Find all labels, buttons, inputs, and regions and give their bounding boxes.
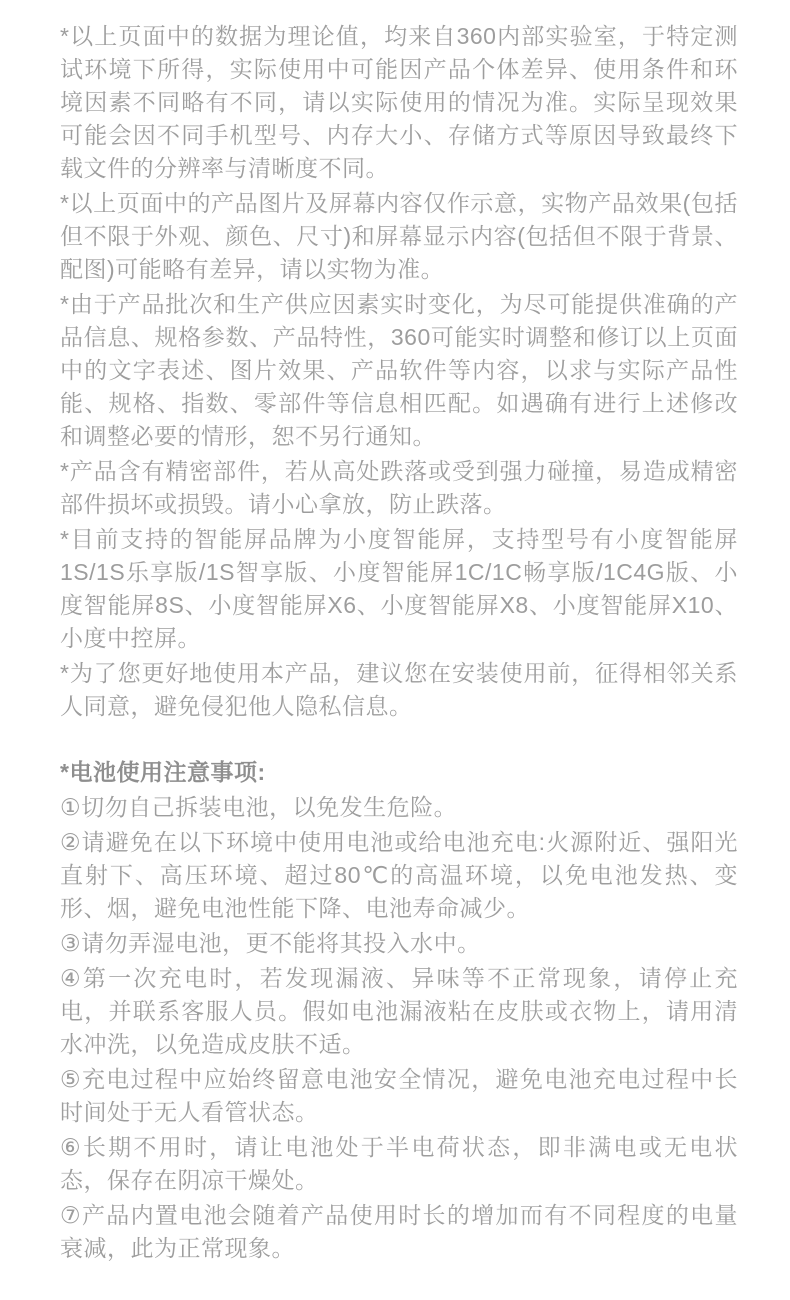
- disclaimer-paragraph: *以上页面中的产品图片及屏幕内容仅作示意，实物产品效果(包括但不限于外观、颜色、…: [60, 187, 738, 286]
- battery-note-item: ①切勿自己拆装电池，以免发生危险。: [60, 791, 738, 824]
- battery-note-item: ④第一次充电时，若发现漏液、异味等不正常现象，请停止充电，并联系客服人员。假如电…: [60, 962, 738, 1061]
- product-disclaimer-page: *以上页面中的数据为理论值，均来自360内部实验室，于特定测试环境下所得，实际使…: [0, 0, 790, 1300]
- disclaimer-paragraph: *产品含有精密部件，若从高处跌落或受到强力碰撞，易造成精密部件损坏或损毁。请小心…: [60, 455, 738, 521]
- battery-note-item: ②请避免在以下环境中使用电池或给电池充电:火源附近、强阳光直射下、高压环境、超过…: [60, 826, 738, 925]
- battery-note-item: ⑤充电过程中应始终留意电池安全情况，避免电池充电过程中长时间处于无人看管状态。: [60, 1063, 738, 1129]
- battery-note-item: ⑥长期不用时，请让电池处于半电荷状态，即非满电或无电状态，保存在阴凉干燥处。: [60, 1131, 738, 1197]
- battery-notes-heading: *电池使用注意事项:: [60, 756, 738, 789]
- disclaimer-paragraph: *为了您更好地使用本产品，建议您在安装使用前，征得相邻关系人同意，避免侵犯他人隐…: [60, 657, 738, 723]
- battery-note-item: ⑦产品内置电池会随着产品使用时长的增加而有不同程度的电量衰减，此为正常现象。: [60, 1199, 738, 1265]
- battery-note-item: ③请勿弄湿电池，更不能将其投入水中。: [60, 927, 738, 960]
- disclaimer-paragraph: *目前支持的智能屏品牌为小度智能屏，支持型号有小度智能屏1S/1S乐享版/1S智…: [60, 523, 738, 655]
- disclaimer-paragraph: *由于产品批次和生产供应因素实时变化，为尽可能提供准确的产品信息、规格参数、产品…: [60, 288, 738, 453]
- disclaimer-paragraph: *以上页面中的数据为理论值，均来自360内部实验室，于特定测试环境下所得，实际使…: [60, 20, 738, 185]
- disclaimer-content: *以上页面中的数据为理论值，均来自360内部实验室，于特定测试环境下所得，实际使…: [0, 0, 790, 1265]
